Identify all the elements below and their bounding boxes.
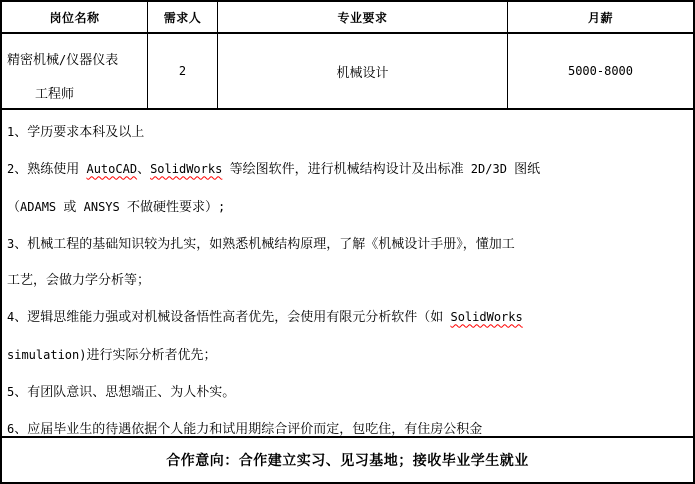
header-row: 岗位名称 需求人 专业要求 月薪 xyxy=(2,2,693,34)
requirement-line: 3、机械工程的基础知识较为扎实，如熟悉机械结构原理，了解《机械设计手册》，懂加工 xyxy=(7,226,685,263)
requirement-line: 工艺，会做力学分析等； xyxy=(7,263,685,299)
cooperation-intent-text: 合作意向：合作建立实习、见习基地；接收毕业学生就业 xyxy=(166,450,529,470)
requirement-line: 1、学历要求本科及以上 xyxy=(7,114,685,151)
headcount-cell: 2 xyxy=(148,34,218,108)
header-salary: 月薪 xyxy=(508,2,693,32)
header-major: 专业要求 xyxy=(218,2,508,32)
requirement-line: 4、逻辑思维能力强或对机械设备悟性高者优先，会使用有限元分析软件（如 Solid… xyxy=(7,299,685,336)
requirements-list: 1、学历要求本科及以上2、熟练使用 AutoCAD、SolidWorks 等绘图… xyxy=(7,114,685,449)
job-row: 精密机械/仪器仪表 工程师 2 机械设计 5000-8000 xyxy=(2,34,693,110)
salary-cell: 5000-8000 xyxy=(508,34,693,108)
position-name-line1: 精密机械/仪器仪表 xyxy=(7,43,143,78)
job-posting-table: 岗位名称 需求人 专业要求 月薪 精密机械/仪器仪表 工程师 2 机械设计 50… xyxy=(0,0,695,484)
requirement-line: 5、有团队意识、思想端正、为人朴实。 xyxy=(7,374,685,411)
header-headcount: 需求人 xyxy=(148,2,218,32)
cooperation-row: 合作意向：合作建立实习、见习基地；接收毕业学生就业 xyxy=(2,438,693,482)
major-cell: 机械设计 xyxy=(218,34,508,108)
requirements-cell: 1、学历要求本科及以上2、熟练使用 AutoCAD、SolidWorks 等绘图… xyxy=(2,110,693,438)
position-cell: 精密机械/仪器仪表 工程师 xyxy=(2,34,148,108)
requirement-line: （ADAMS 或 ANSYS 不做硬性要求）; xyxy=(7,189,685,226)
requirement-line: simulation)进行实际分析者优先； xyxy=(7,337,685,374)
requirement-line: 2、熟练使用 AutoCAD、SolidWorks 等绘图软件，进行机械结构设计… xyxy=(7,151,685,188)
position-name-line2: 工程师 xyxy=(7,78,143,108)
header-position: 岗位名称 xyxy=(2,2,148,32)
